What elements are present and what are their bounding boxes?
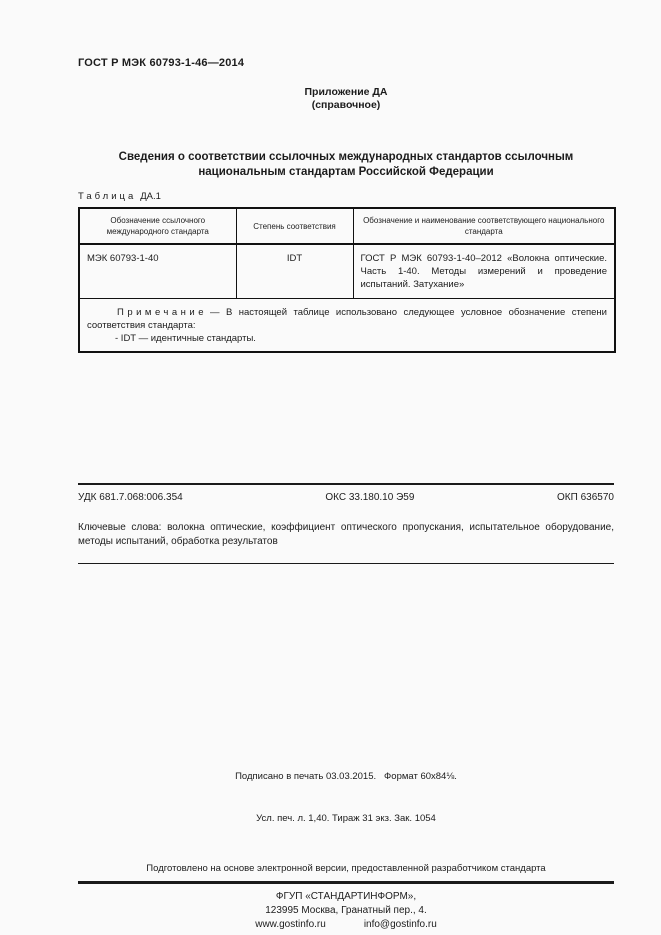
imprint-note: Подготовлено на основе электронной верси… <box>78 863 614 874</box>
publisher-address: 123995 Москва, Гранатный пер., 4. <box>78 904 614 918</box>
note-label: Примечание <box>117 307 207 318</box>
cell-national-standard: ГОСТ Р МЭК 60793-1-40–2012 «Волокна опти… <box>353 244 615 299</box>
cell-international-standard: МЭК 60793-1-40 <box>79 244 236 299</box>
annex-type: (справочное) <box>78 99 614 112</box>
page-title: Сведения о соответствии ссылочных междун… <box>78 150 614 180</box>
imprint-edition-line: Усл. печ. л. 1,40. Тираж 31 экз. Зак. 10… <box>78 812 614 826</box>
publisher-email: info@gostinfo.ru <box>364 918 437 932</box>
table-header-row: Обозначение ссылочного международного ст… <box>79 208 615 244</box>
oks-code: ОКС 33.180.10 Э59 <box>325 492 414 503</box>
table-caption-number: ДА.1 <box>140 191 161 202</box>
imprint-print-line: Подписано в печать 03.03.2015. Формат 60… <box>78 770 614 784</box>
okp-code: ОКП 636570 <box>557 492 614 503</box>
divider-above-publisher <box>78 881 614 884</box>
table-caption-word: Таблица <box>78 191 136 202</box>
header-national-standard: Обозначение и наименование соответствующ… <box>353 208 615 244</box>
table-note-cell: Примечание— В настоящей таблице использо… <box>79 299 615 353</box>
udk-code: УДК 681.7.068:006.354 <box>78 492 183 503</box>
document-content: ГОСТ Р МЭК 60793-1-46—2014 Приложение ДА… <box>78 57 614 932</box>
publisher-website: www.gostinfo.ru <box>255 918 326 932</box>
annex-label: Приложение ДА (справочное) <box>78 86 614 112</box>
table-row: МЭК 60793-1-40 IDT ГОСТ Р МЭК 60793-1-40… <box>79 244 615 299</box>
table-note: Примечание— В настоящей таблице использо… <box>87 306 607 332</box>
header-degree: Степень соответствия <box>236 208 353 244</box>
publisher-block: ФГУП «СТАНДАРТИНФОРМ», 123995 Москва, Гр… <box>78 890 614 932</box>
divider-below-keywords <box>78 563 614 565</box>
cell-degree: IDT <box>236 244 353 299</box>
note-item: - IDT — идентичные стандарты. <box>115 332 607 345</box>
classification-codes: УДК 681.7.068:006.354 ОКС 33.180.10 Э59 … <box>78 492 614 503</box>
standards-correspondence-table: Обозначение ссылочного международного ст… <box>78 207 616 353</box>
header-international-standard: Обозначение ссылочного международного ст… <box>79 208 236 244</box>
imprint-block: Подписано в печать 03.03.2015. Формат 60… <box>78 742 614 854</box>
annex-name: Приложение ДА <box>78 86 614 99</box>
table-caption: ТаблицаДА.1 <box>78 191 614 202</box>
publisher-contacts: www.gostinfo.ru info@gostinfo.ru <box>78 918 614 932</box>
keywords-paragraph: Ключевые слова: волокна оптические, коэф… <box>78 521 614 549</box>
divider-above-codes <box>78 483 614 485</box>
table-note-row: Примечание— В настоящей таблице использо… <box>79 299 615 353</box>
publisher-name: ФГУП «СТАНДАРТИНФОРМ», <box>78 890 614 904</box>
doc-number: ГОСТ Р МЭК 60793-1-46—2014 <box>78 57 614 69</box>
document-page: ГОСТ Р МЭК 60793-1-46—2014 Приложение ДА… <box>0 0 661 935</box>
